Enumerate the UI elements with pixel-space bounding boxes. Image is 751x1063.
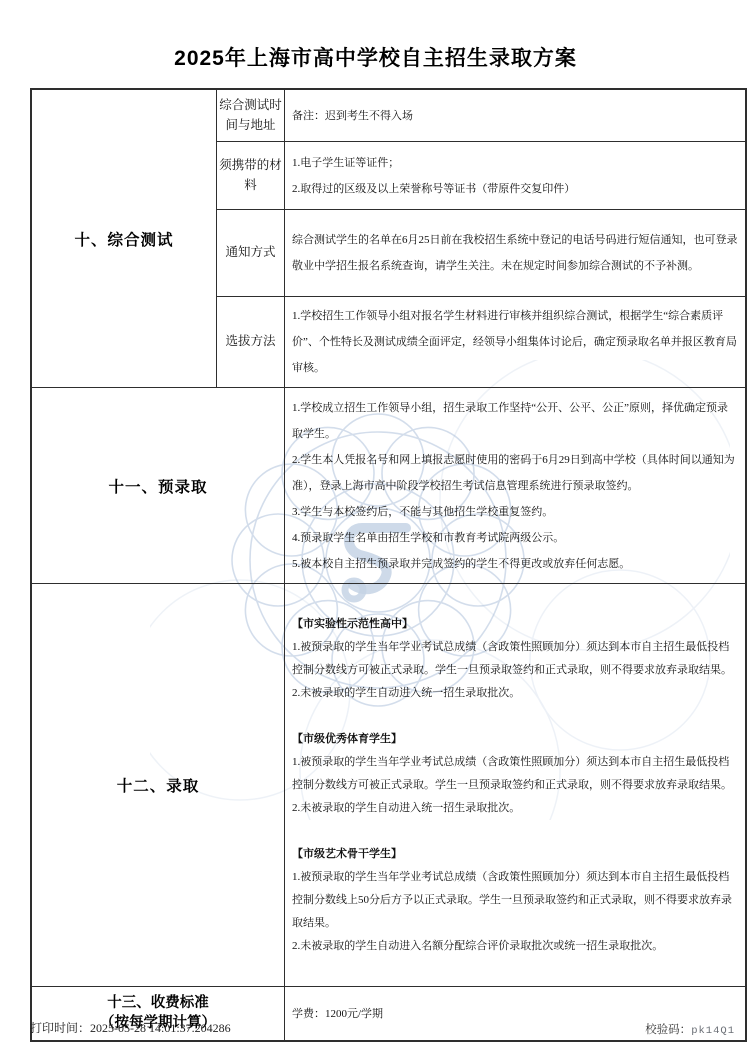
paragraph: 4.预录取学生名单由招生学校和市教育考试院两级公示。: [292, 525, 738, 551]
cell-notification-method: 综合测试学生的名单在6月25日前在我校招生系统中登记的电话号码进行短信通知，也可…: [285, 210, 747, 297]
paragraph: 1.被预录取的学生当年学业考试总成绩（含政策性照顾加分）须达到本市自主招生最低投…: [292, 751, 738, 797]
block-heading: 【市级优秀体育学生】: [292, 728, 738, 751]
block-heading: 【市实验性示范性高中】: [292, 613, 738, 636]
page-title: 2025年上海市高中学校自主招生录取方案: [0, 42, 751, 72]
paragraph: 2.未被录取的学生自动进入统一招生录取批次。: [292, 797, 738, 820]
paragraph: 5.被本校自主招生预录取并完成签约的学生不得更改或放弃任何志愿。: [292, 551, 738, 577]
paragraph: 备注：迟到考生不得入场: [292, 103, 738, 129]
print-time: 打印时间：2025-05-28 14:01:37.204286: [30, 1019, 231, 1036]
paragraph: 3.学生与本校签约后，不能与其他招生学校重复签约。: [292, 499, 738, 525]
row-label-notification-method: 通知方式: [217, 210, 285, 297]
paragraph: 1.学校招生工作领导小组对报名学生材料进行审核并组织综合测试，根据学生“综合素质…: [292, 303, 738, 381]
paragraph: 综合测试学生的名单在6月25日前在我校招生系统中登记的电话号码进行短信通知，也可…: [292, 227, 738, 279]
checksum-value: pk14Q1: [691, 1025, 735, 1037]
checksum-label: 校验码：: [645, 1024, 691, 1036]
cell-required-materials: 1.电子学生证等证件； 2.取得过的区级及以上荣誉称号等证书（带原件交复印件）: [285, 142, 747, 210]
paragraph: 1.电子学生证等证件；: [292, 150, 738, 176]
paragraph: 2.取得过的区级及以上荣誉称号等证书（带原件交复印件）: [292, 176, 738, 202]
section-11-label: 十一、预录取: [31, 388, 285, 584]
cell-test-time-location: 备注：迟到考生不得入场: [285, 89, 747, 142]
paragraph: 1.被预录取的学生当年学业考试总成绩（含政策性照顾加分）须达到本市自主招生最低投…: [292, 866, 738, 935]
paragraph: 2.未被录取的学生自动进入统一招生录取批次。: [292, 682, 738, 705]
print-time-label: 打印时间：: [30, 1021, 90, 1035]
cell-pre-admission: 1.学校成立招生工作领导小组，招生录取工作坚持“公开、公平、公正”原则，择优确定…: [285, 388, 747, 584]
document-page: 2025年上海市高中学校自主招生录取方案: [0, 0, 751, 1063]
paragraph: 1.被预录取的学生当年学业考试总成绩（含政策性照顾加分）须达到本市自主招生最低投…: [292, 636, 738, 682]
paragraph: 2.未被录取的学生自动进入名额分配综合评价录取批次或统一招生录取批次。: [292, 935, 738, 958]
fee-label-line1: 十三、收费标准: [33, 994, 283, 1014]
block-heading: 【市级艺术骨干学生】: [292, 843, 738, 866]
row-label-required-materials: 须携带的材料: [217, 142, 285, 210]
admission-plan-table: 十、综合测试 综合测试时间与地址 备注：迟到考生不得入场 须携带的材料 1.电子…: [30, 88, 747, 1042]
checksum: 校验码：pk14Q1: [645, 1021, 735, 1037]
cell-selection-method: 1.学校招生工作领导小组对报名学生材料进行审核并组织综合测试，根据学生“综合素质…: [285, 297, 747, 388]
section-12-label: 十二、录取: [31, 584, 285, 987]
row-label-selection-method: 选拔方法: [217, 297, 285, 388]
cell-admission: 【市实验性示范性高中】 1.被预录取的学生当年学业考试总成绩（含政策性照顾加分）…: [285, 584, 747, 987]
paragraph: 2.学生本人凭报名号和网上填报志愿时使用的密码于6月29日到高中学校（具体时间以…: [292, 447, 738, 499]
paragraph: 1.学校成立招生工作领导小组，招生录取工作坚持“公开、公平、公正”原则，择优确定…: [292, 395, 738, 447]
row-label-test-time-location: 综合测试时间与地址: [217, 89, 285, 142]
section-10-label: 十、综合测试: [31, 89, 217, 388]
print-time-value: 2025-05-28 14:01:37.204286: [90, 1021, 231, 1035]
